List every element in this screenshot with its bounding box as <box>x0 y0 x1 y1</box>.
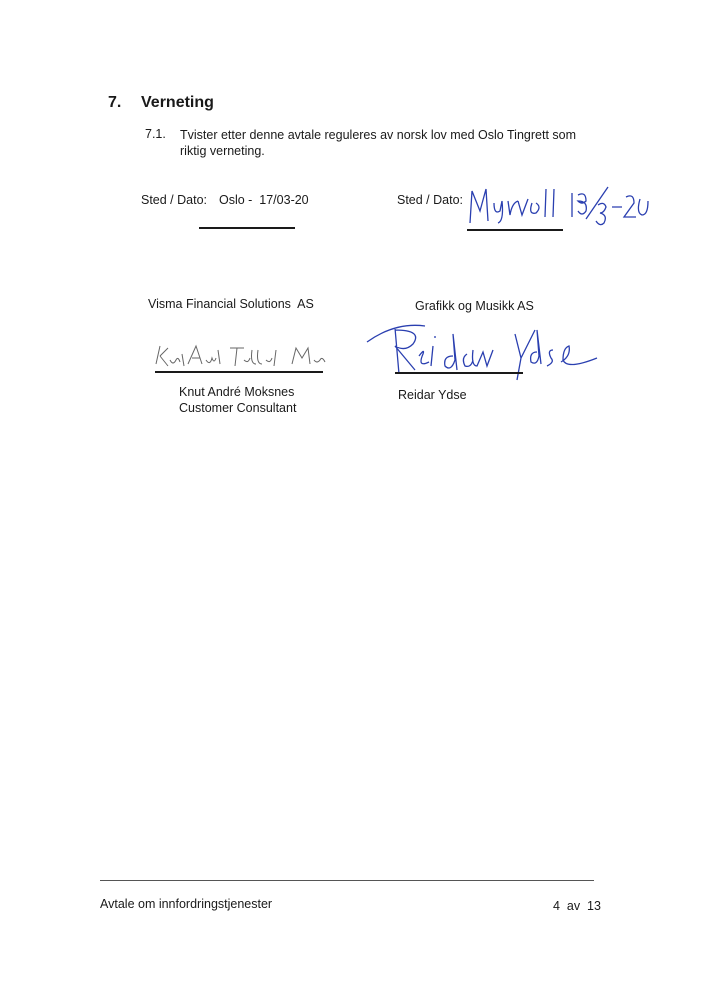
left-place-date-label: Sted / Dato: <box>141 193 207 207</box>
left-company-name: Visma Financial Solutions AS <box>148 296 314 312</box>
left-place-date-value: Oslo - 17/03-20 <box>219 193 309 207</box>
left-date-underline <box>199 227 295 229</box>
right-company-name: Grafikk og Musikk AS <box>415 298 534 314</box>
right-handwritten-signature <box>365 320 605 385</box>
right-date-underline <box>467 229 563 231</box>
right-signature-line <box>395 372 523 374</box>
right-signer-name: Reidar Ydse <box>398 387 467 403</box>
section-title: Verneting <box>141 94 214 112</box>
right-handwritten-place-date <box>466 185 656 227</box>
left-signature-line <box>155 371 323 373</box>
footer-divider <box>100 880 594 881</box>
footer-page-indicator: 4 av 13 <box>553 898 601 914</box>
left-handwritten-signature <box>152 340 327 370</box>
clause-number: 7.1. <box>145 127 166 141</box>
footer-document-title: Avtale om innfordringstjenester <box>100 896 272 912</box>
right-place-date-label: Sted / Dato: <box>397 193 463 207</box>
left-signer-name: Knut André Moksnes <box>179 384 294 400</box>
clause-text: Tvister etter denne avtale reguleres av … <box>180 127 580 159</box>
left-signer-title: Customer Consultant <box>179 400 296 416</box>
section-number: 7. <box>108 94 121 112</box>
